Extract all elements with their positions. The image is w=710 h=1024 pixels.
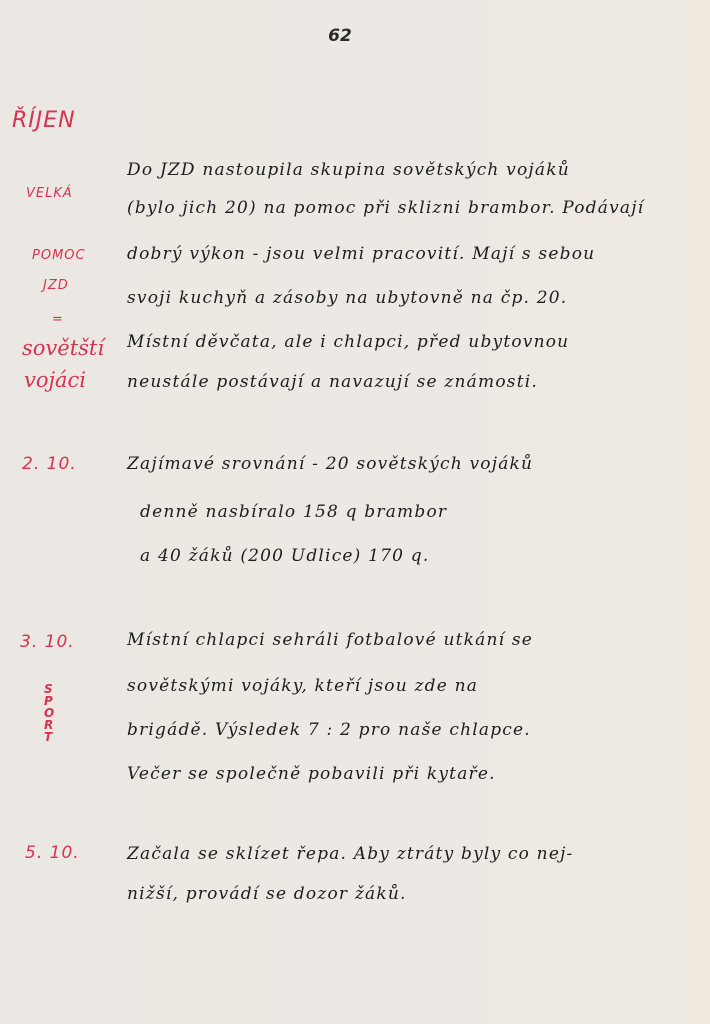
text-line: denně nasbíralo 158 q brambor <box>140 502 447 522</box>
text-line: svoji kuchyň a zásoby na ubytovně na čp.… <box>127 288 567 308</box>
margin-note-velka: VELKÁ <box>26 186 73 201</box>
text-line: dobrý výkon - jsou velmi pracovití. Mají… <box>127 244 595 264</box>
entry-date: 5. 10. <box>25 843 80 863</box>
text-line: nižší, provádí se dozor žáků. <box>127 884 407 904</box>
entry-date: 3. 10. <box>20 632 75 652</box>
chronicle-page: 62 ŘÍJEN VELKÁ POMOC JZD = sovětští vojá… <box>0 0 710 1024</box>
text-line: a 40 žáků (200 Udlice) 170 q. <box>140 546 429 566</box>
text-line: neustále postávají a navazují se známost… <box>127 372 538 392</box>
sport-letter: T <box>44 731 54 743</box>
month-heading: ŘÍJEN <box>12 108 76 133</box>
text-line: Začala se sklízet řepa. Aby ztráty byly … <box>127 844 574 864</box>
text-line: Místní chlapci sehráli fotbalové utkání … <box>127 630 533 650</box>
text-line: brigádě. Výsledek 7 : 2 pro naše chlapce… <box>127 720 531 740</box>
text-line: sovětskými vojáky, kteří jsou zde na <box>127 676 478 696</box>
text-line: Místní děvčata, ale i chlapci, před ubyt… <box>127 332 569 352</box>
text-line: (bylo jich 20) na pomoc při sklizni bram… <box>127 198 644 218</box>
text-line: Večer se společně pobavili při kytaře. <box>127 764 496 784</box>
margin-note-equals: = <box>52 312 64 327</box>
margin-note-jzd: JZD <box>43 278 69 293</box>
margin-note-pomoc: POMOC <box>32 248 86 263</box>
margin-note-vojaci: vojáci <box>24 368 86 392</box>
entry-date: 2. 10. <box>22 454 77 474</box>
text-line: Zajímavé srovnání - 20 sovětských vojáků <box>127 454 533 474</box>
text-line: Do JZD nastoupila skupina sovětských voj… <box>127 160 570 180</box>
margin-note-sport: S P O R T <box>44 683 54 743</box>
margin-note-sovetsti: sovětští <box>22 336 104 360</box>
page-number: 62 <box>0 26 680 46</box>
